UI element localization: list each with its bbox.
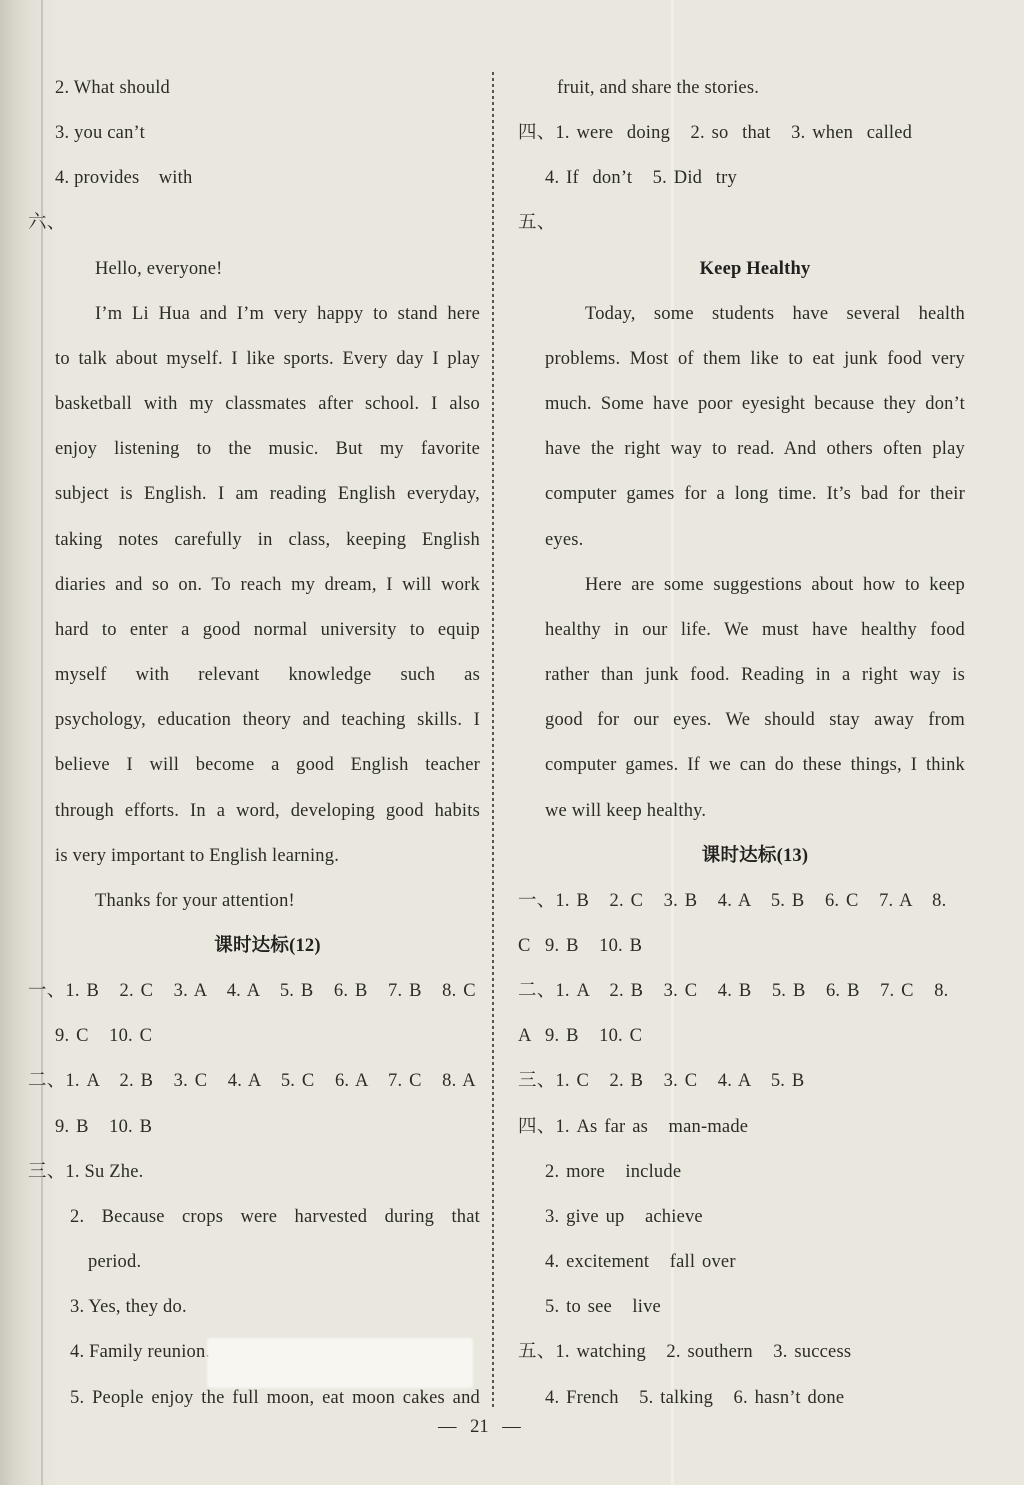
text-line: Thanks for your attention! (55, 879, 480, 924)
text-line: we will keep healthy. (545, 789, 965, 834)
text-line: basketball with my classmates after scho… (55, 382, 480, 427)
text-line: is very important to English learning. (55, 834, 480, 879)
book-page: 2. What should3. you can’t4. provides wi… (0, 0, 1024, 1485)
right-column: fruit, and share the stories.四、1. were d… (545, 66, 965, 1421)
column-divider (492, 72, 494, 1408)
text-line: 二、1. A 2. B 3. C 4. B 5. B 6. B 7. C 8. … (518, 969, 965, 1014)
text-line: rather than junk food. Reading in a righ… (545, 653, 965, 698)
text-line: much. Some have poor eyesight because th… (545, 382, 965, 427)
text-line: 4. provides with (55, 156, 480, 201)
whiteout-patch (207, 1338, 473, 1388)
text-line: period. (88, 1240, 480, 1285)
text-line: enjoy listening to the music. But my fav… (55, 427, 480, 472)
text-line: 9. B 10. B (545, 924, 965, 969)
text-line: 课时达标(12) (55, 924, 480, 969)
text-line: Hello, everyone! (55, 247, 480, 292)
text-line: subject is English. I am reading English… (55, 472, 480, 517)
text-line: good for our eyes. We should stay away f… (545, 698, 965, 743)
text-line: eyes. (545, 518, 965, 563)
text-line: 三、1. Su Zhe. (28, 1150, 480, 1195)
text-line: 5. to see live (545, 1285, 965, 1330)
text-line: Here are some suggestions about how to k… (545, 563, 965, 608)
text-line: 四、1. were doing 2. so that 3. when calle… (518, 111, 965, 156)
text-line: I’m Li Hua and I’m very happy to stand h… (55, 292, 480, 337)
text-line: taking notes carefully in class, keeping… (55, 518, 480, 563)
text-line: 4. excitement fall over (545, 1240, 965, 1285)
text-line: 一、1. B 2. C 3. B 4. A 5. B 6. C 7. A 8. … (518, 879, 965, 924)
left-column: 2. What should3. you can’t4. provides wi… (55, 66, 480, 1421)
text-line: 9. B 10. C (545, 1014, 965, 1059)
text-line: 2. more include (545, 1150, 965, 1195)
text-line: 六、 (28, 201, 480, 246)
text-line: believe I will become a good English tea… (55, 743, 480, 788)
text-line: hard to enter a good normal university t… (55, 608, 480, 653)
text-line: 9. C 10. C (55, 1014, 480, 1059)
text-line: through efforts. In a word, developing g… (55, 789, 480, 834)
text-line: 三、1. C 2. B 3. C 4. A 5. B (518, 1059, 965, 1104)
text-line: 4. French 5. talking 6. hasn’t done (545, 1376, 965, 1421)
text-line: 2. Because crops were harvested during t… (70, 1195, 480, 1240)
text-line: 一、1. B 2. C 3. A 4. A 5. B 6. B 7. B 8. … (28, 969, 480, 1014)
text-line: 五、 (518, 201, 965, 246)
text-line: 四、1. As far as man-made (518, 1105, 965, 1150)
text-line: 课时达标(13) (545, 834, 965, 879)
text-line: computer games. If we can do these thing… (545, 743, 965, 788)
text-line: fruit, and share the stories. (557, 66, 965, 111)
text-line: 二、1. A 2. B 3. C 4. A 5. C 6. A 7. C 8. … (28, 1059, 480, 1104)
text-line: problems. Most of them like to eat junk … (545, 337, 965, 382)
text-line: 3. Yes, they do. (70, 1285, 480, 1330)
text-line: Keep Healthy (545, 247, 965, 292)
text-line: computer games for a long time. It’s bad… (545, 472, 965, 517)
text-line: 3. give up achieve (545, 1195, 965, 1240)
text-line: to talk about myself. I like sports. Eve… (55, 337, 480, 382)
text-line: have the right way to read. And others o… (545, 427, 965, 472)
text-line: 4. If don’t 5. Did try (545, 156, 965, 201)
text-line: healthy in our life. We must have health… (545, 608, 965, 653)
text-line: myself with relevant knowledge such as (55, 653, 480, 698)
text-line: 3. you can’t (55, 111, 480, 156)
text-line: diaries and so on. To reach my dream, I … (55, 563, 480, 608)
text-line: psychology, education theory and teachin… (55, 698, 480, 743)
text-line: 9. B 10. B (55, 1105, 480, 1150)
text-line: Today, some students have several health (545, 292, 965, 337)
text-line: 2. What should (55, 66, 480, 111)
page-number: — 21 — (438, 1405, 521, 1450)
text-line: 五、1. watching 2. southern 3. success (518, 1330, 965, 1375)
